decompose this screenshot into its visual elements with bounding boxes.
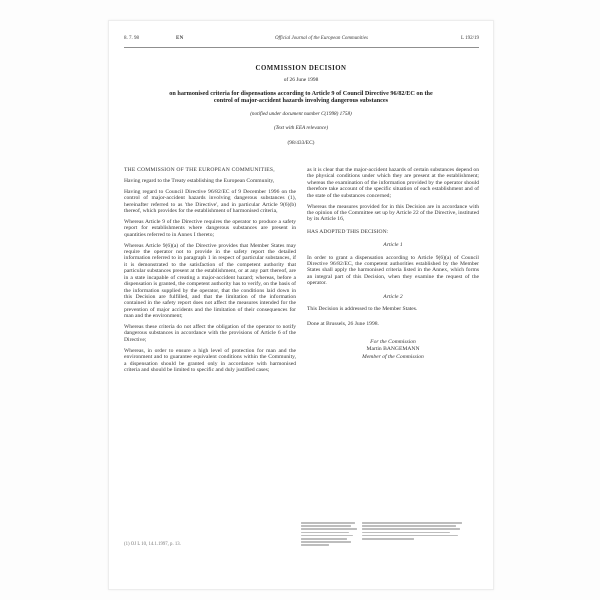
paragraph-pnj: This Decision is addressed to the Member… (307, 306, 479, 312)
paragraph-sig-name: Martin BANGEMANN (307, 346, 479, 352)
decision-title: on harmonised criteria for dispensations… (169, 90, 433, 104)
paragraph-p: Whereas Article 9 of the Directive requi… (124, 219, 296, 238)
fine-print-line (362, 522, 462, 524)
header-page-reference: L 192/19 (437, 36, 479, 41)
paragraph-p: Whereas these criteria do not affect the… (124, 324, 296, 343)
paragraph-article: Article 2 (307, 294, 479, 300)
fine-print-line (301, 544, 329, 546)
notification-line: (notified under document number C(1998) … (136, 111, 466, 117)
header-language-code: EN (176, 36, 206, 41)
paragraph-p: Having regard to Council Directive 96/82… (124, 189, 296, 215)
fine-print-line (362, 535, 458, 537)
paragraph-p: Whereas, in order to ensure a high level… (124, 348, 296, 374)
fine-print-line (301, 522, 355, 524)
fine-print-line (362, 532, 450, 534)
paragraph-clause: HAS ADOPTED THIS DECISION: (307, 229, 479, 235)
header-date: 8. 7. 98 (124, 36, 176, 41)
footnote: (1) OJ L 10, 14.1.1997, p. 13. (124, 542, 274, 547)
eea-relevance-line: (Text with EEA relevance) (136, 125, 466, 131)
fine-print-line (301, 538, 347, 540)
journal-page: 8. 7. 98 EN Official Journal of the Euro… (108, 20, 494, 590)
paragraph-sig-for: For the Commission (307, 339, 479, 345)
paragraph-done: Done at Brussels, 26 June 1998. (307, 321, 479, 327)
fine-print-line (362, 525, 456, 527)
header-journal-title: Official Journal of the European Communi… (206, 36, 437, 41)
left-column: THE COMMISSION OF THE EUROPEAN COMMUNITI… (124, 167, 296, 378)
paragraph-p: In order to grant a dispensation accordi… (307, 255, 479, 287)
fine-print-column (301, 522, 357, 546)
fine-print-line (362, 538, 414, 540)
paragraph-sig-role: Member of the Commission (307, 354, 479, 360)
paragraph-p: Whereas Article 9(6)(a) of the Directive… (124, 243, 296, 320)
decision-heading: COMMISSION DECISION (136, 65, 466, 72)
decision-number: (98/433/EC) (136, 140, 466, 146)
paragraph-article: Article 1 (307, 242, 479, 248)
title-block: COMMISSION DECISION of 26 June 1998 on h… (136, 65, 466, 146)
fine-print-column (362, 522, 462, 546)
fine-print-line (301, 541, 351, 543)
decision-date-line: of 26 June 1998 (136, 77, 466, 83)
header-rule (124, 47, 479, 48)
right-column: as it is clear that the major-accident h… (307, 167, 479, 378)
fine-print-line (301, 525, 351, 527)
page-header: 8. 7. 98 EN Official Journal of the Euro… (124, 36, 479, 41)
fine-print-line (301, 532, 349, 534)
fine-print-block (301, 522, 465, 546)
fine-print-line (301, 528, 357, 530)
fine-print-line (301, 535, 353, 537)
paragraph-p: as it is clear that the major-accident h… (307, 167, 479, 199)
body-columns: THE COMMISSION OF THE EUROPEAN COMMUNITI… (124, 167, 479, 378)
paragraph-caps: THE COMMISSION OF THE EUROPEAN COMMUNITI… (124, 167, 296, 173)
paragraph-p: Whereas the measures provided for in thi… (307, 204, 479, 223)
fine-print-line (362, 528, 460, 530)
paragraph-p: Having regard to the Treaty establishing… (124, 178, 296, 184)
